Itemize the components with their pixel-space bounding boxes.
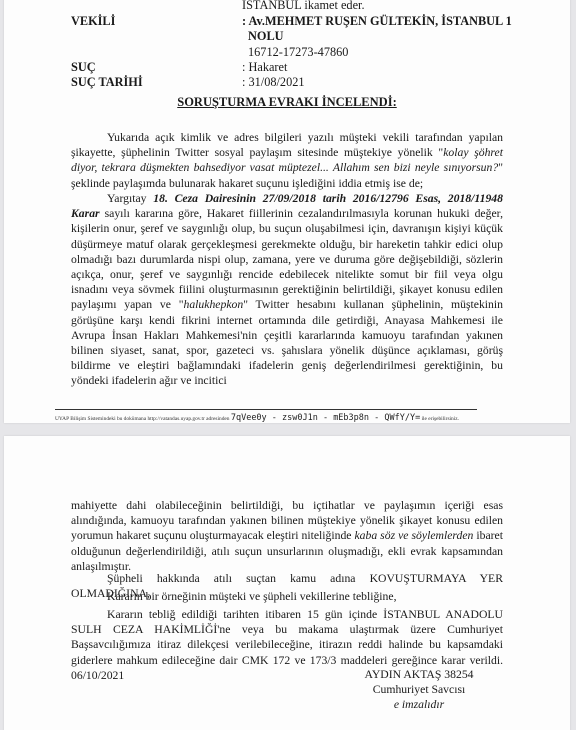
footer-divider [55,409,477,410]
address-text: İSTANBUL ikamet eder. [242,0,365,13]
signature-name: AYDIN AKTAŞ 38254 [344,667,494,683]
italic-phrase: kaba söz ve söylemlerden [354,529,473,542]
field-value: : Av.MEHMET RUŞEN GÜLTEKİN, İSTANBUL 1 [242,14,512,29]
uyap-footer: UYAP Bilişim Sistemindeki bu dokümana ht… [55,413,485,423]
field-label: SUÇ TARİHİ [71,75,143,90]
field-label: VEKİLİ [71,14,115,29]
document-page-1: İSTANBUL ikamet eder. VEKİLİ : Av.MEHMET… [4,0,570,423]
text: Yargıtay [107,192,153,205]
document-page-2: mahiyette dahi olabileceğinin belirtildi… [4,436,570,730]
field-value: : Hakaret [242,60,287,75]
signature-note: e imzalıdır [344,697,494,713]
decision-line: Kararın bir örneğinin müşteki ve şüpheli… [71,589,503,604]
text: Yukarıda açık kimlik ve adres bilgileri … [71,131,503,159]
conclusion-paragraph: mahiyette dahi olabileceğinin belirtildi… [71,498,503,574]
section-title: SORUŞTURMA EVRAKI İNCELENDİ: [4,95,570,110]
complaint-paragraph: Yukarıda açık kimlik ve adres bilgileri … [71,130,503,191]
footer-text: UYAP Bilişim Sistemindeki bu dokümana ht… [55,416,229,422]
text: " Twitter hesabını kullanan şüphelinin, … [71,298,503,387]
verification-code: 7qVee0y - zsw0J1n - mEb3p8n - QWfY/Y= [231,413,420,423]
field-value-cont: NOLU [248,29,284,44]
precedent-paragraph: Yargıtay 18. Ceza Dairesinin 27/09/2018 … [71,191,503,389]
field-value: : 31/08/2021 [242,75,305,90]
signature-title: Cumhuriyet Savcısı [344,682,494,698]
text: sayılı kararına göre, Hakaret fiillerini… [71,207,503,311]
footer-text: ile erişebilirsiniz. [422,416,459,422]
field-value-id: 16712-17273-47860 [248,45,348,60]
field-label: SUÇ [71,60,96,75]
twitter-handle: halukhepkon [183,298,243,311]
